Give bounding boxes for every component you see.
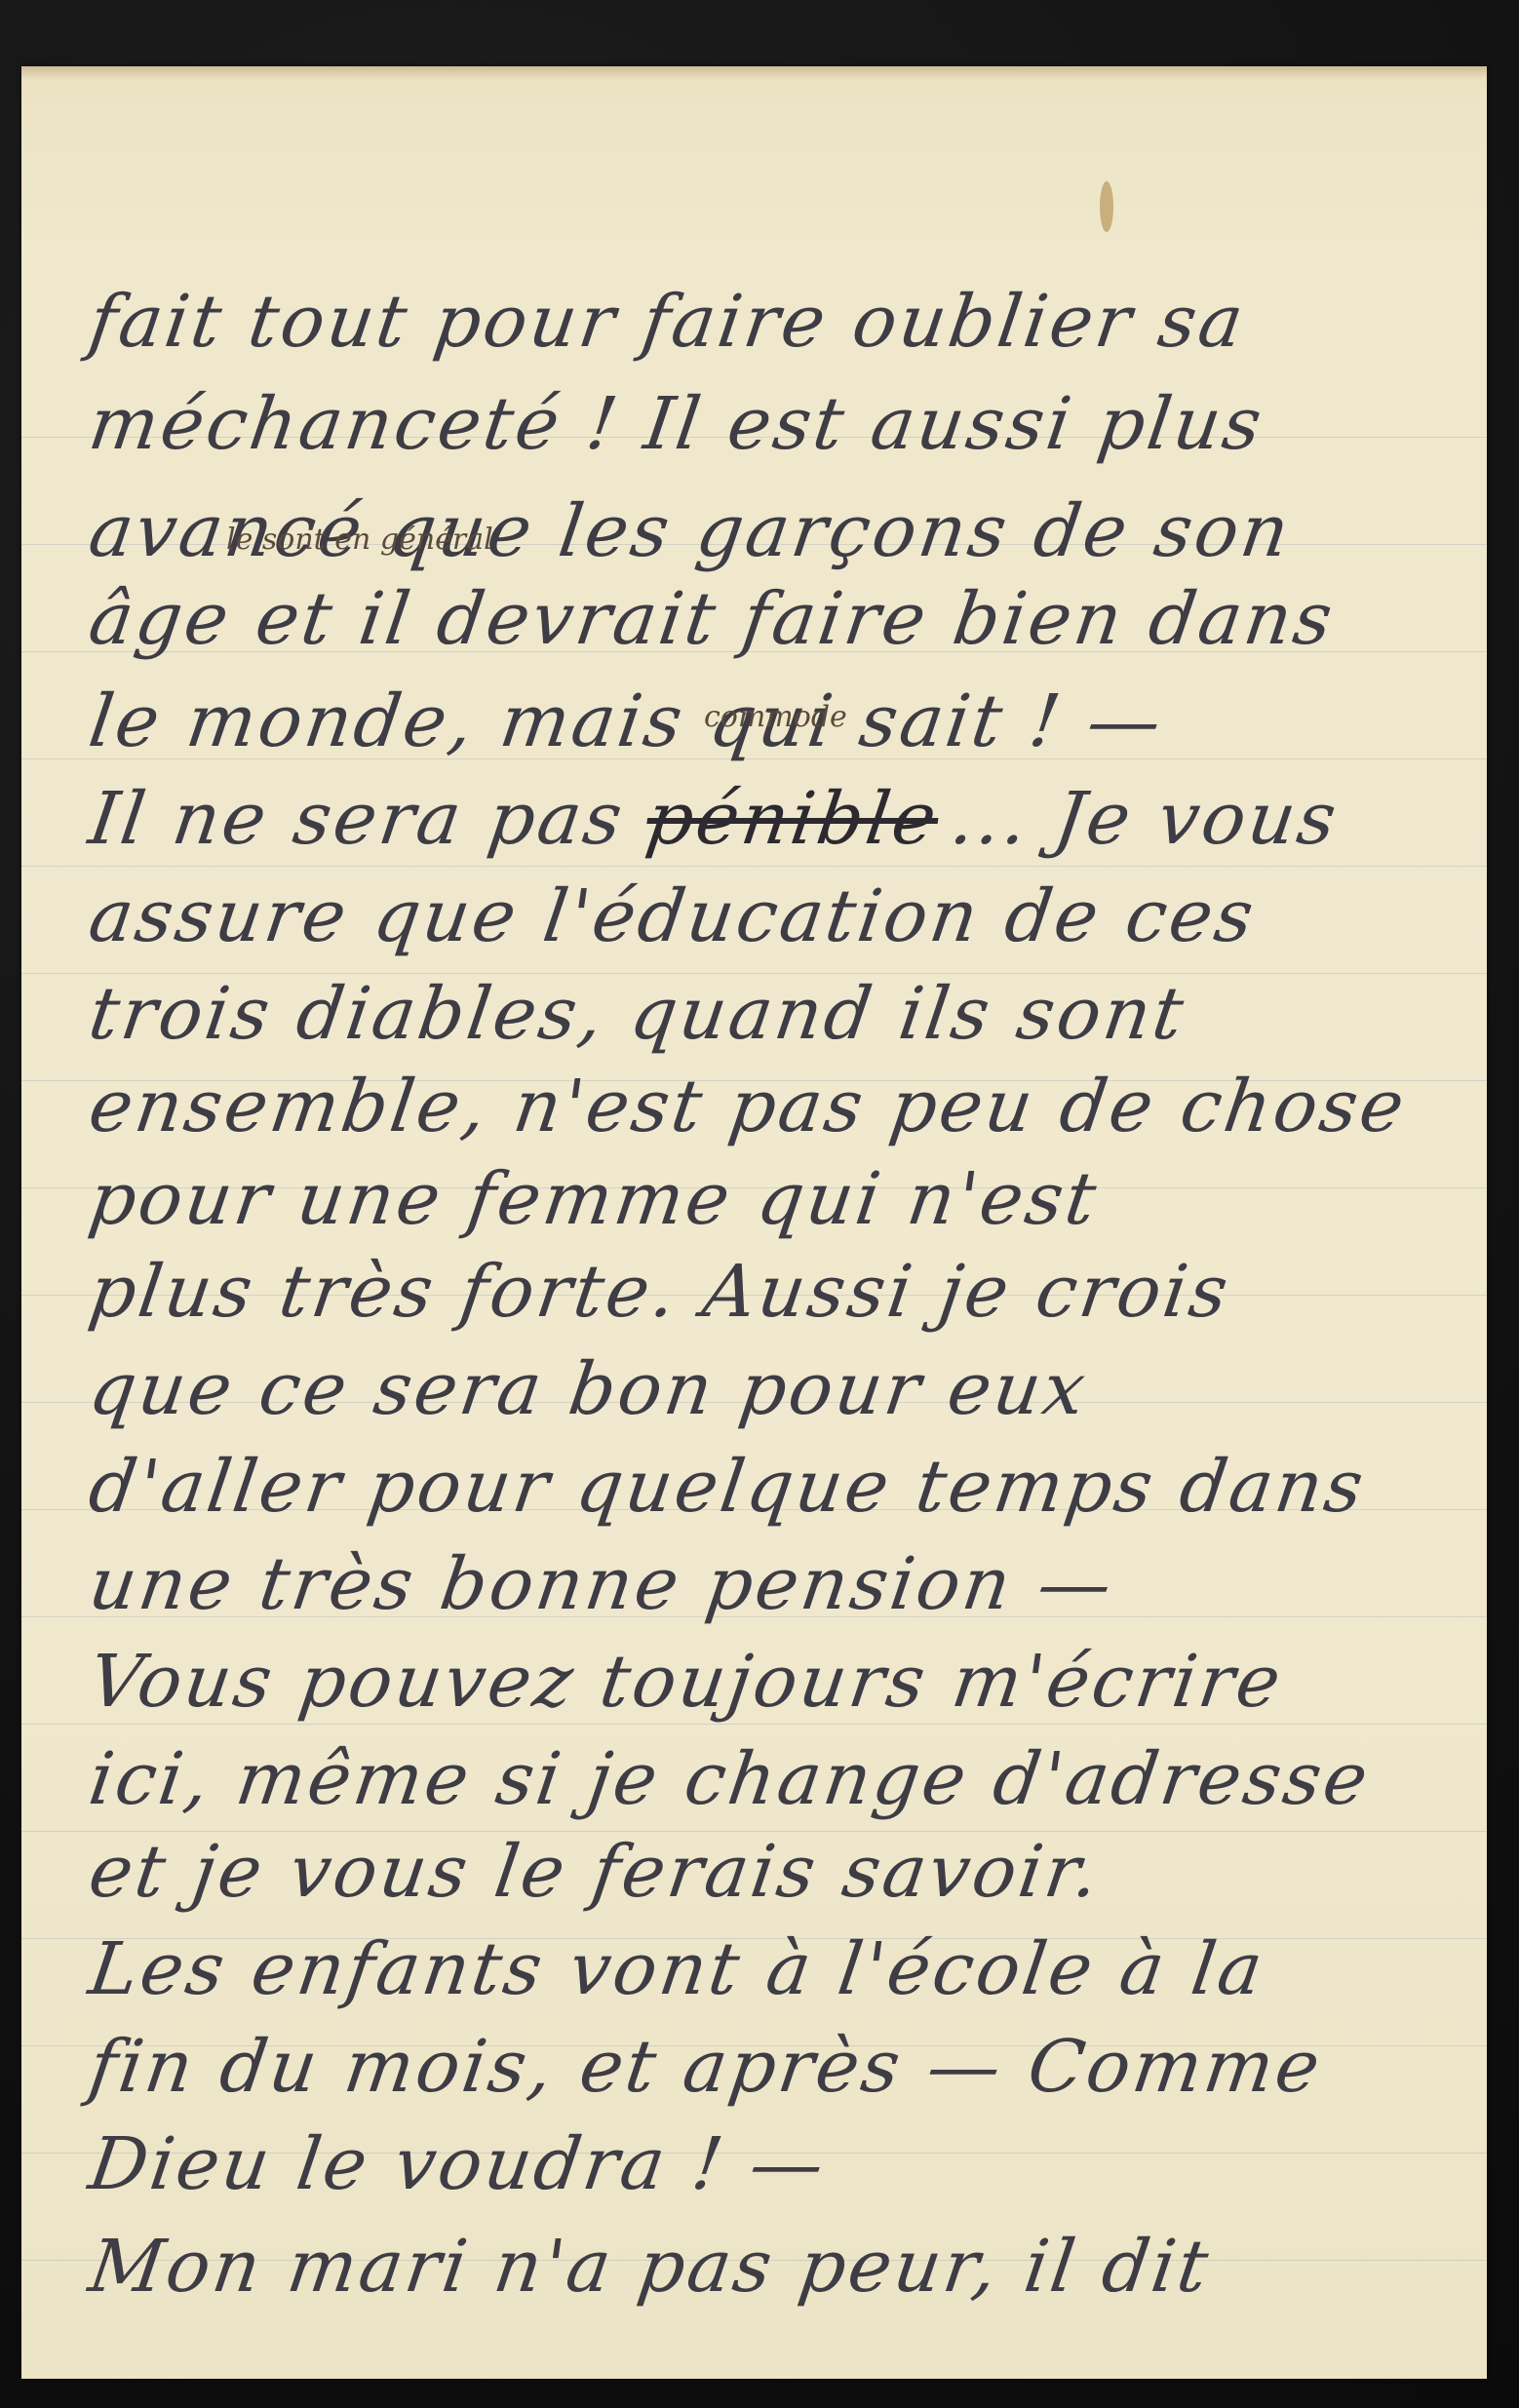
text-line-18: Les enfants vont à l'école à la <box>84 1904 1455 2011</box>
text-line-4: âge et il devrait faire bien dans <box>84 554 1455 661</box>
text-line-7: assure que l'éducation de ces <box>84 851 1455 958</box>
text-line-15: Vous pouvez toujours m'écrire <box>84 1616 1455 1724</box>
text-line-6: Il ne sera pas pénible ... Je vous <box>84 754 1455 861</box>
text-line-17: et je vous le ferais savoir. <box>84 1806 1455 1914</box>
text-line-10: pour une femme qui n'est <box>84 1134 1455 1241</box>
text-line-21: Mon mari n'a pas peur, il dit <box>84 2201 1455 2309</box>
text-line-2: méchanceté ! Il est aussi plus <box>84 359 1455 466</box>
text-line-13: d'aller pour quelque temps dans <box>84 1421 1455 1529</box>
ink-stain <box>1100 181 1113 232</box>
text-line-11: plus très forte. Aussi je crois <box>84 1226 1455 1334</box>
line-6-start: Il ne sera pas <box>84 777 630 861</box>
text-line-14: une très bonne pension — <box>84 1519 1455 1626</box>
struck-word: pénible <box>642 777 944 861</box>
text-line-16: ici, même si je change d'adresse <box>84 1714 1455 1821</box>
letter-page: fait tout pour faire oublier sa méchance… <box>21 66 1487 2379</box>
paper-top-edge <box>21 66 1487 80</box>
text-line-19: fin du mois, et après — Comme <box>84 2001 1455 2109</box>
text-line-8: trois diables, quand ils sont <box>84 949 1455 1056</box>
line-6-end: ... Je vous <box>946 777 1344 861</box>
text-line-9: ensemble, n'est pas peu de chose <box>84 1041 1455 1148</box>
text-line-1: fait tout pour faire oublier sa <box>84 256 1455 364</box>
interlinear-correction: commode <box>704 700 847 734</box>
text-line-12: que ce sera bon pour eux <box>84 1324 1455 1431</box>
text-line-20: Dieu le voudra ! — <box>84 2099 1455 2206</box>
interlinear-insertion: le sont en général <box>226 523 493 557</box>
